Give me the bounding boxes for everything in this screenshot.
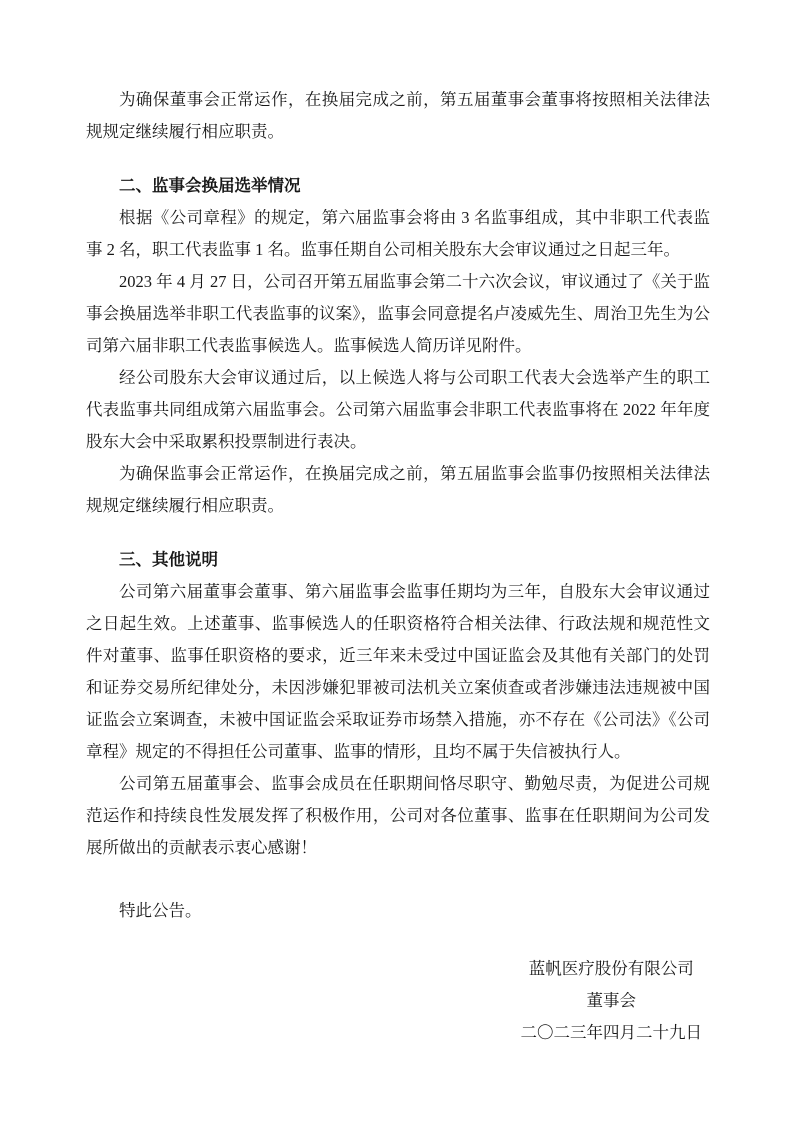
signature-block: 蓝帆医疗股份有限公司 董事会 二〇二三年四月二十九日 [521, 953, 703, 1049]
paragraph-supervisory-duty: 为确保监事会正常运作，在换届完成之前，第五届监事会监事仍按照相关法律法规规定继续… [86, 458, 710, 522]
paragraph-supervisory-voting: 经公司股东大会审议通过后，以上候选人将与公司职工代表大会选举产生的职工代表监事共… [86, 362, 710, 458]
paragraph-qualifications: 公司第六届董事会董事、第六届监事会监事任期均为三年，自股东大会审议通过之日起生效… [86, 576, 710, 768]
paragraph-board-duty: 为确保董事会正常运作，在换届完成之前，第五届董事会董事将按照相关法律法规规定继续… [86, 84, 710, 148]
paragraph-gratitude: 公司第五届董事会、监事会成员在任职期间恪尽职守、勤勉尽责，为促进公司规范运作和持… [86, 768, 710, 864]
closing-phrase: 特此公告。 [86, 895, 710, 927]
section-heading-supervisory-election: 二、监事会换届选举情况 [86, 170, 710, 202]
section-heading-other-notes: 三、其他说明 [86, 544, 710, 576]
document-content: 为确保董事会正常运作，在换届完成之前，第五届董事会董事将按照相关法律法规规定继续… [86, 84, 710, 1049]
signature-company: 蓝帆医疗股份有限公司 [521, 953, 703, 985]
paragraph-supervisory-meeting: 2023 年 4 月 27 日，公司召开第五届监事会第二十六次会议，审议通过了《… [86, 266, 710, 362]
document-page: 为确保董事会正常运作，在换届完成之前，第五届董事会董事将按照相关法律法规规定继续… [0, 0, 793, 1122]
signature-date: 二〇二三年四月二十九日 [521, 1017, 703, 1049]
signature-signer: 董事会 [521, 985, 703, 1017]
paragraph-supervisory-composition: 根据《公司章程》的规定，第六届监事会将由 3 名监事组成，其中非职工代表监事 2… [86, 202, 710, 266]
